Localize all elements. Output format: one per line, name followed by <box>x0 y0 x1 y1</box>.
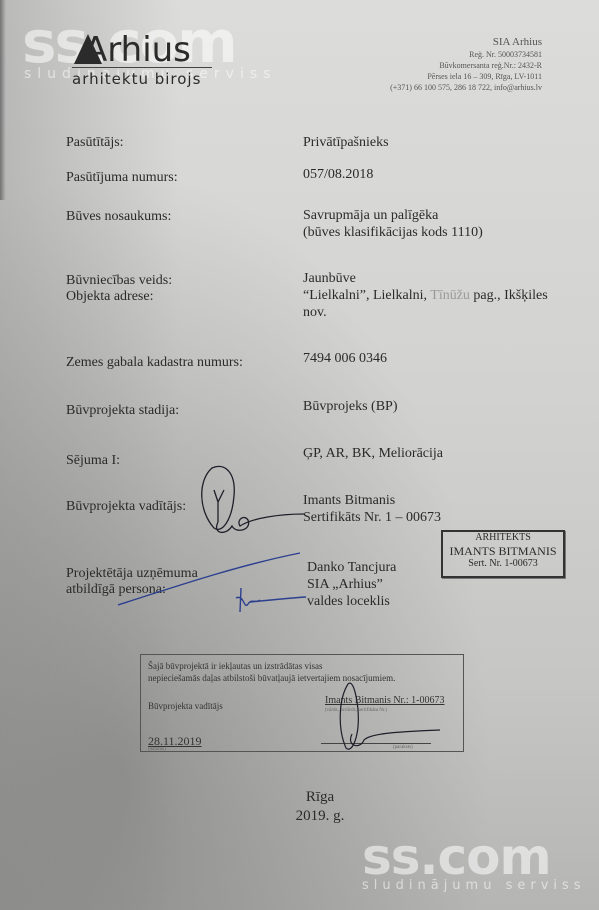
page-edge-shadow <box>0 0 6 200</box>
building-name-label: Būves nosaukums: <box>66 208 171 225</box>
cadastre-value: 7494 006 0346 <box>303 350 387 367</box>
construction-type-label: Būvniecības veids: <box>66 272 172 289</box>
place-date-footer: Rīga 2019. g. <box>285 788 355 826</box>
company-name: SIA Arhius <box>390 36 542 49</box>
approval-role-label: Būvprojekta vadītājs <box>148 701 223 711</box>
company-builder-reg: Būvkomersanta reģ.Nr.: 2432-R <box>390 60 542 71</box>
project-manager-label: Būvprojekta vadītājs: <box>66 498 186 515</box>
address-part-faded: Tīnūžu <box>430 288 470 303</box>
client-label: Pasūtītājs: <box>66 134 124 151</box>
approval-name-cert: Imants Bitmanis Nr.: 1-00673 <box>325 695 444 706</box>
company-info: SIA Arhius Reģ. Nr. 50003734581 Būvkomer… <box>390 36 542 93</box>
logo-name: Arhius <box>84 30 191 70</box>
responsible-person-label-line2: atbildīgā persona: <box>66 581 166 598</box>
architect-stamp: ARHITEKTS IMANTS BITMANIS Sert. Nr. 1-00… <box>441 530 565 578</box>
project-manager-name: Imants Bitmanis <box>303 492 395 509</box>
approval-date-caption: (datums) <box>148 747 166 752</box>
address-value: “Lielkalni”, Lielkalni, Tīnūžu pag., Ikš… <box>303 287 548 304</box>
address-value-line2: nov. <box>303 304 327 321</box>
building-classification-value: (būves klasifikācijas kods 1110) <box>303 224 483 241</box>
footer-year: 2019. g. <box>285 807 355 826</box>
approval-statement: Šajā būvprojektā ir iekļautas un izstrād… <box>148 660 395 684</box>
stamp-name: IMANTS BITMANIS <box>443 544 563 558</box>
responsible-person-label-line1: Projektētāja uzņēmuma <box>66 565 198 582</box>
watermark-tagline-bottom: sludinājumu serviss <box>362 878 586 893</box>
cadastre-label: Zemes gabala kadastra numurs: <box>66 354 243 371</box>
stage-value: Būvprojeks (BP) <box>303 398 398 415</box>
footer-city: Rīga <box>285 788 355 807</box>
volume-label: Sējuma I: <box>66 452 120 469</box>
stage-label: Būvprojekta stadija: <box>66 402 179 419</box>
approval-statement-line2: nepieciešamās daļas atbilstoši būvatļauj… <box>148 672 395 684</box>
logo-divider <box>72 67 212 68</box>
address-label: Objekta adrese: <box>66 288 153 305</box>
approval-statement-line1: Šajā būvprojektā ir iekļautas un izstrād… <box>148 660 395 672</box>
address-part-a: “Lielkalni”, Lielkalni, <box>303 288 430 303</box>
responsible-person-name: Danko Tancjura <box>307 559 396 576</box>
signature-caption: (paraksts) <box>393 745 413 750</box>
building-name-value: Savrupmāja un palīgēka <box>303 207 438 224</box>
approval-name-caption: (vārds, uzvārds, sertifikāta Nr.) <box>325 708 387 713</box>
approval-box: Šajā būvprojektā ir iekļautas un izstrād… <box>140 654 464 752</box>
client-value: Privātīpašnieks <box>303 134 389 151</box>
construction-type-value: Jaunbūve <box>303 270 356 287</box>
responsible-person-role: valdes loceklis <box>307 593 390 610</box>
signature-project-manager <box>202 466 304 532</box>
signature-line <box>321 743 431 744</box>
logo-subtitle: arhitektu birojs <box>72 70 201 88</box>
document-page: ss.com sludinājumu serviss Arhius arhite… <box>0 0 599 910</box>
company-reg-nr: Reģ. Nr. 50003734581 <box>390 49 542 60</box>
order-number-value: 057/08.2018 <box>303 166 373 183</box>
watermark-logo-bottom: ss.com <box>362 828 551 886</box>
responsible-person-company: SIA „Arhius” <box>307 576 383 593</box>
order-number-label: Pasūtījuma numurs: <box>66 169 178 186</box>
project-manager-certificate: Sertifikāts Nr. 1 – 00673 <box>303 509 441 526</box>
volume-value: ĢP, AR, BK, Meliorācija <box>303 445 443 462</box>
company-address: Pērses iela 16 – 309, Rīga, LV-1011 <box>390 71 542 82</box>
company-contacts: (+371) 66 100 575, 286 18 722, info@arhi… <box>390 82 542 93</box>
stamp-title: ARHITEKTS <box>443 532 563 544</box>
stamp-cert: Sert. Nr. 1-00673 <box>443 558 563 570</box>
address-part-b: pag., Ikšķiles <box>470 288 548 303</box>
